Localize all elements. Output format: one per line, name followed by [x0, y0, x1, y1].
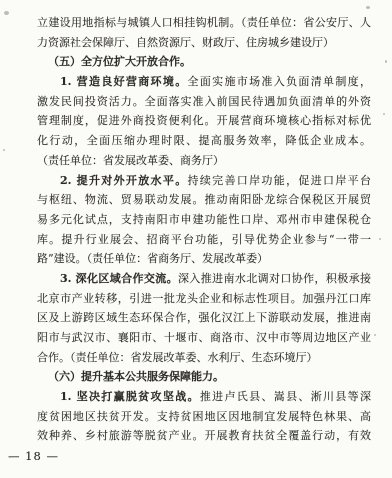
line-text: （责任单位：省发展改革委、商务厅）	[37, 154, 224, 167]
line-text: 推进卢氏县、嵩县、淅川县等深	[200, 390, 371, 403]
line-text: 激发民间投资活力。全面落实准入前国民待遇加负面清单的外资	[37, 95, 371, 108]
document-line: 1. 营造良好营商环境。全面实施市场准入负面清单制度，	[37, 72, 371, 92]
paragraph-lead-text: 1. 坚决打赢脱贫攻坚战。	[60, 390, 200, 403]
line-text: 阳市与武汉市、襄阳市、十堰市、商洛市、汉中市等周边地区产业	[37, 331, 371, 344]
paragraph-lead-text: 1. 营造良好营商环境。	[60, 75, 188, 88]
section-heading-text: （六）提升基本公共服务保障能力。	[48, 370, 224, 383]
document-line: 激发民间投资活力。全面落实准入前国民待遇加负面清单的外资	[37, 92, 371, 112]
scanned-document-page: 立建设用地指标与城镇人口相挂钩机制。（责任单位：省公安厅、人 力资源社会保障厅、…	[0, 0, 392, 478]
scan-speck	[4, 11, 9, 15]
scan-speck	[383, 113, 385, 115]
page-number: — 18 —	[8, 449, 59, 463]
document-line: 度贫困地区扶贫开发。支持贫困地区因地制宜发展特色林果、高	[37, 407, 371, 427]
document-line: 管理制度，促进外商投资便利化。开展营商环境核心指标对标优	[37, 111, 371, 131]
line-text: 北京市产业转移，引进一批龙头企业和标志性项目。加强丹江口库	[37, 292, 371, 305]
line-text: 库。提升行业展会、招商平台功能，引导优势企业参与“一带一	[37, 233, 371, 246]
document-line: 效种养、乡村旅游等脱贫产业。开展教育扶贫全覆盖行动，有效	[37, 426, 371, 446]
document-line: 区及上游跨区域生态环保合作，强化汉江上下游联动发展，推进南	[37, 308, 371, 328]
document-line: 易多元化试点，支持南阳市申建功能性口岸、邓州市申建保税仓	[37, 210, 371, 230]
document-line: 北京市产业转移，引进一批龙头企业和标志性项目。加强丹江口库	[37, 289, 371, 309]
section-heading-text: （五）全方位扩大开放合作。	[48, 55, 191, 68]
line-text: 易多元化试点，支持南阳市申建功能性口岸、邓州市申建保税仓	[37, 213, 371, 226]
document-line: 阳市与武汉市、襄阳市、十堰市、商洛市、汉中市等周边地区产业	[37, 328, 371, 348]
line-text: 立建设用地指标与城镇人口相挂钩机制。（责任单位：省公安厅、人	[37, 16, 371, 29]
scan-speck	[3, 149, 5, 151]
document-line: 化行动，全面压缩办理时限、提高服务效率，降低企业成本。	[37, 131, 371, 151]
document-line: 3. 深化区域合作交流。深入推进南水北调对口协作，积极承接	[37, 269, 371, 289]
line-text: 与枢纽、物流、贸易联动发展。推动南阳卧龙综合保税区开展贸	[37, 193, 371, 206]
line-text: 度贫困地区扶贫开发。支持贫困地区因地制宜发展特色林果、高	[37, 410, 371, 423]
line-text: 深入推进南水北调对口协作，积极承接	[178, 272, 371, 285]
scan-speck	[9, 456, 11, 458]
line-text: 持续完善口岸功能，促进口岸平台	[188, 174, 371, 187]
responsibility-unit-line: 路”建设。（责任单位：省商务厅、发展改革委）	[37, 249, 371, 269]
document-line: 立建设用地指标与城镇人口相挂钩机制。（责任单位：省公安厅、人	[37, 13, 371, 33]
responsibility-unit-line: 合作。（责任单位：省发展改革委、水利厅、生态环境厅）	[37, 348, 371, 368]
responsibility-unit-line: （责任单位：省发展改革委、商务厅）	[37, 151, 371, 171]
document-line: 库。提升行业展会、招商平台功能，引导优势企业参与“一带一	[37, 230, 371, 250]
line-text: 管理制度，促进外商投资便利化。开展营商环境核心指标对标优	[37, 114, 371, 127]
document-line: 与枢纽、物流、贸易联动发展。推动南阳卧龙综合保税区开展贸	[37, 190, 371, 210]
document-line: 2. 提升对外开放水平。持续完善口岸功能，促进口岸平台	[37, 171, 371, 191]
line-text: 路”建设。（责任单位：省商务厅、发展改革委）	[37, 252, 268, 265]
paragraph-lead-text: 2. 提升对外开放水平。	[60, 174, 188, 187]
line-text: 合作。（责任单位：省发展改革委、水利厅、生态环境厅）	[37, 351, 318, 364]
document-line: 力资源社会保障厅、自然资源厅、财政厅、住房城乡建设厅）	[37, 33, 371, 53]
document-text-block: 立建设用地指标与城镇人口相挂钩机制。（责任单位：省公安厅、人 力资源社会保障厅、…	[37, 13, 371, 446]
scan-speck	[374, 334, 376, 336]
line-text: 全面实施市场准入负面清单制度，	[188, 75, 371, 88]
document-line: 1. 坚决打赢脱贫攻坚战。推进卢氏县、嵩县、淅川县等深	[37, 387, 371, 407]
scan-speck	[379, 238, 381, 240]
line-text: 力资源社会保障厅、自然资源厅、财政厅、住房城乡建设厅）	[37, 36, 334, 49]
scan-speck	[366, 6, 370, 9]
line-text: 区及上游跨区域生态环保合作，强化汉江上下游联动发展，推进南	[37, 311, 371, 324]
section-heading-5: （五）全方位扩大开放合作。	[37, 52, 371, 72]
scan-speck	[385, 60, 387, 63]
section-heading-6: （六）提升基本公共服务保障能力。	[37, 367, 371, 387]
line-text: 化行动，全面压缩办理时限、提高服务效率，降低企业成本。	[37, 134, 371, 147]
line-text: 效种养、乡村旅游等脱贫产业。开展教育扶贫全覆盖行动，有效	[37, 429, 371, 442]
paragraph-lead-text: 3. 深化区域合作交流。	[60, 272, 178, 285]
